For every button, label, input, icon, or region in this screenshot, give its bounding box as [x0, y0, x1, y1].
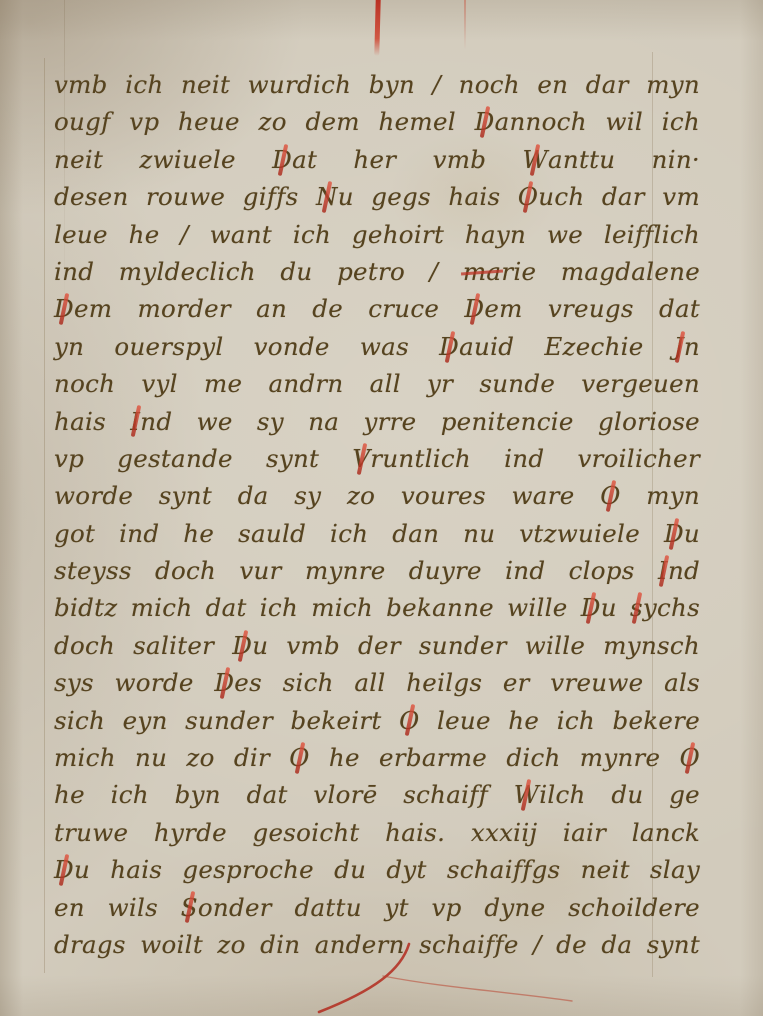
text-line: steyss doch vur mynre duyre ind clops In…: [54, 552, 700, 589]
text-segment: vp gestande synt: [54, 444, 352, 473]
rubricated-letter: D: [232, 631, 252, 660]
text-line: leue he / want ich gehoirt hayn we leiff…: [54, 216, 700, 253]
text-line: truwe hyrde gesoicht hais. xxxiij iair l…: [54, 814, 700, 851]
text-segment: ilch du ge: [539, 780, 700, 809]
text-segment: leue he ich bekere: [419, 706, 700, 735]
text-segment: em vreugs dat: [484, 294, 700, 323]
manuscript-page: vmb ich neit wurdich byn / noch en dar m…: [0, 0, 763, 1016]
text-line: mich nu zo dir O he erbarme dich mynre O: [54, 739, 700, 776]
rubricated-letter: D: [439, 332, 459, 361]
text-segment: auid Ezechie: [459, 332, 674, 361]
text-segment: anttu nin·: [548, 145, 700, 174]
rubricated-letter: V: [352, 444, 370, 473]
text-segment: truwe hyrde gesoicht hais. xxxiij iair l…: [54, 818, 700, 847]
rubricated-letter: D: [54, 855, 74, 884]
text-line: doch saliter Du vmb der sunder wille myn…: [54, 627, 700, 664]
text-line: sys worde Des sich all heilgs er vreuwe …: [54, 664, 700, 701]
text-line: worde synt da sy zo voures ware O myn: [54, 477, 700, 514]
text-segment: rie magdalene: [501, 257, 700, 286]
text-segment: sich eyn sunder bekeirt: [54, 706, 399, 735]
text-segment: myn: [621, 481, 700, 510]
rubricated-letter: D: [214, 668, 234, 697]
text-line: noch vyl me andrn all yr sunde vergeuen: [54, 365, 700, 402]
text-segment: he erbarme dich mynre: [310, 743, 680, 772]
rubricated-letter: O: [399, 706, 419, 735]
rubricated-letter: W: [523, 145, 548, 174]
text-line: bidtz mich dat ich mich bekanne wille Du…: [54, 589, 700, 626]
text-segment: doch saliter: [54, 631, 232, 660]
text-line: vp gestande synt Vruntlich ind vroiliche…: [54, 440, 700, 477]
rubricated-letter: I: [658, 556, 668, 585]
text-line: ougf vp heue zo dem hemel Dannoch wil ic…: [54, 103, 700, 140]
red-ink-stroke-top-faint: [464, 0, 466, 50]
text-segment: u gegs hais: [338, 182, 518, 211]
text-segment: em morder an de cruce: [74, 294, 464, 323]
text-segment: onder dattu yt vp dyne schoildere: [198, 893, 700, 922]
rubricated-letter: D: [272, 145, 292, 174]
rubricated-letter: D: [664, 519, 684, 548]
text-segment: n: [684, 332, 700, 361]
text-segment: worde synt da sy zo voures ware: [54, 481, 600, 510]
text-segment: leue he / want ich gehoirt hayn we leiff…: [54, 220, 700, 249]
text-line: neit zwiuele Dat her vmb Wanttu nin·: [54, 141, 700, 178]
text-segment: desen rouwe giffs: [54, 182, 316, 211]
text-segment: uch dar vm: [538, 182, 700, 211]
rubricated-letter: O: [680, 743, 700, 772]
text-segment: u vmb der sunder wille mynsch: [252, 631, 700, 660]
text-line: desen rouwe giffs Nu gegs hais Ouch dar …: [54, 178, 700, 215]
text-segment: at her vmb: [292, 145, 522, 174]
rubricated-letter: O: [600, 481, 620, 510]
text-segment: nd we sy na yrre penitencie gloriose: [140, 407, 700, 436]
red-struck-text: ma: [463, 257, 501, 286]
rubricated-letter: S: [181, 893, 198, 922]
text-block: vmb ich neit wurdich byn / noch en dar m…: [54, 66, 700, 963]
text-line: yn ouerspyl vonde was Dauid Ezechie Jn: [54, 328, 700, 365]
rubricated-letter: W: [514, 780, 539, 809]
rubricated-letter: s: [630, 593, 643, 622]
red-ink-stroke-top: [374, 0, 381, 56]
rubricated-letter: D: [475, 107, 495, 136]
text-segment: bidtz mich dat ich mich bekanne wille: [54, 593, 581, 622]
text-line: Dem morder an de cruce Dem vreugs dat: [54, 290, 700, 327]
text-line: Du hais gesproche du dyt schaiffgs neit …: [54, 851, 700, 888]
red-flourish-faint-stroke: [383, 976, 572, 1001]
red-flourish-bottom: [295, 930, 595, 1016]
text-line: got ind he sauld ich dan nu vtzwuiele Du: [54, 515, 700, 552]
text-line: sich eyn sunder bekeirt O leue he ich be…: [54, 702, 700, 739]
rubricated-letter: O: [289, 743, 309, 772]
text-segment: runtlich ind vroilicher: [370, 444, 700, 473]
text-segment: vmb ich neit wurdich byn / noch en dar m…: [54, 70, 700, 99]
text-segment: yn ouerspyl vonde was: [54, 332, 439, 361]
text-line: ind myldeclich du petro / marie magdalen…: [54, 253, 700, 290]
text-line: he ich byn dat vlorē schaiff Wilch du ge: [54, 776, 700, 813]
text-segment: sys worde: [54, 668, 214, 697]
text-segment: u hais gesproche du dyt schaiffgs neit s…: [74, 855, 700, 884]
rubricated-letter: O: [518, 182, 538, 211]
text-segment: ychs: [643, 593, 700, 622]
text-segment: nd: [668, 556, 700, 585]
text-segment: ougf vp heue zo dem hemel: [54, 107, 475, 136]
rubricated-letter: D: [54, 294, 74, 323]
text-segment: u: [601, 593, 630, 622]
rubricated-letter: I: [130, 407, 140, 436]
text-segment: es sich all heilgs er vreuwe als: [234, 668, 700, 697]
text-segment: noch vyl me andrn all yr sunde vergeuen: [54, 369, 700, 398]
text-segment: got ind he sauld ich dan nu vtzwuiele: [54, 519, 664, 548]
rubricated-letter: J: [674, 332, 684, 361]
text-segment: he ich byn dat vlorē schaiff: [54, 780, 514, 809]
rubricated-letter: D: [581, 593, 601, 622]
text-segment: ind myldeclich du petro /: [54, 257, 463, 286]
text-segment: annoch wil ich: [495, 107, 700, 136]
rubricated-letter: D: [464, 294, 484, 323]
text-line: hais Ind we sy na yrre penitencie glorio…: [54, 403, 700, 440]
text-segment: mich nu zo dir: [54, 743, 289, 772]
text-segment: en wils: [54, 893, 181, 922]
text-segment: steyss doch vur mynre duyre ind clops: [54, 556, 658, 585]
text-segment: u: [684, 519, 700, 548]
margin-rule-left: [44, 58, 45, 973]
text-segment: neit zwiuele: [54, 145, 272, 174]
text-line: en wils Sonder dattu yt vp dyne schoilde…: [54, 889, 700, 926]
text-line: vmb ich neit wurdich byn / noch en dar m…: [54, 66, 700, 103]
rubricated-letter: N: [316, 182, 338, 211]
text-segment: hais: [54, 407, 130, 436]
